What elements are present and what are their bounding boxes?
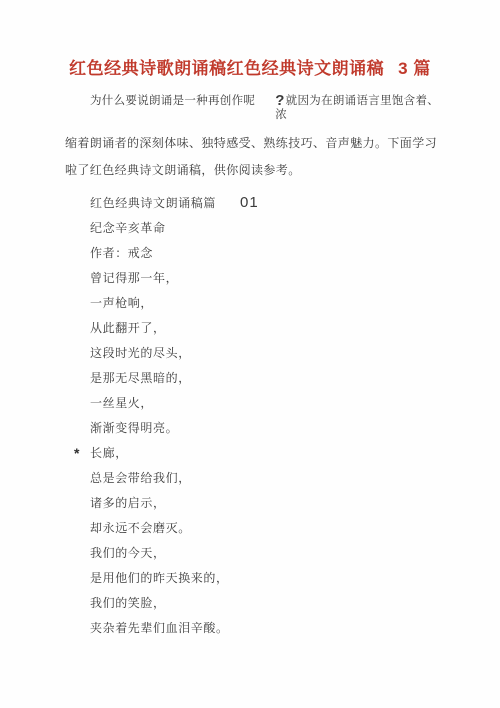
poem-line: 是那无尽黑暗的， [90,365,500,390]
poem-line: 我们的今天， [90,540,500,565]
poem-line: 却永远不会磨灭。 [90,515,500,540]
poem-section: 红色经典诗文朗诵稿篇 01 纪念辛亥革命 作者：戒念 曾记得那一年， 一声枪响，… [0,190,500,640]
section-heading: 红色经典诗文朗诵稿篇 01 [90,190,500,215]
star-marker: * [74,445,90,461]
document-page: 红色经典诗歌朗诵稿红色经典诗文朗诵稿3 篇 为什么要说朗诵是一种再创作呢 ?就因… [0,0,500,708]
poem-line: 总是会带给我们， [90,465,500,490]
paragraph-line: 啦了红色经典诗文朗诵稿，供你阅读参考。 [65,157,500,184]
poem-line: 一丝星火， [90,390,500,415]
poem-line: 长廊， [90,444,128,461]
intro-answer-line2: 浓 [275,109,287,121]
section-label: 红色经典诗文朗诵稿篇 [90,194,216,211]
poem-line: 曾记得那一年， [90,265,500,290]
poem-line: 渐渐变得明亮。 [90,415,500,440]
poem-line: 是用他们的昨天换来的， [90,565,500,590]
question-mark: ? [275,92,284,109]
document-title-text: 红色经典诗歌朗诵稿红色经典诗文朗诵稿 [69,59,384,78]
intro-row: 为什么要说朗诵是一种再创作呢 ?就因为在朗诵语言里饱含着、 浓 [90,94,500,122]
document-title: 红色经典诗歌朗诵稿红色经典诗文朗诵稿3 篇 [0,0,500,81]
poem-line: 我们的笑脸， [90,590,500,615]
poem-line: 从此翻开了， [90,315,500,340]
poem-line: 诸多的启示， [90,490,500,515]
poem-author: 作者：戒念 [90,240,500,265]
poem-line: 这段时光的尽头， [90,340,500,365]
poem-line-starred: * 长廊， [74,440,500,465]
document-title-count: 3 篇 [398,59,431,78]
poem-line: 夹杂着先辈们血泪辛酸。 [90,615,500,640]
poem-line: 一声枪响， [90,290,500,315]
intro-question: 为什么要说朗诵是一种再创作呢 [90,94,255,108]
intro-answer-line1: 就因为在朗诵语言里饱含着、 [286,95,439,107]
intro-paragraph: 缩着朗诵者的深刻体味、独特感受、熟练技巧、音声魅力。下面学习 啦了红色经典诗文朗… [65,130,500,184]
section-number: 01 [240,194,259,211]
intro-answer: ?就因为在朗诵语言里饱含着、 浓 [275,94,439,122]
poem-title: 纪念辛亥革命 [90,215,500,240]
paragraph-line: 缩着朗诵者的深刻体味、独特感受、熟练技巧、音声魅力。下面学习 [65,130,500,157]
